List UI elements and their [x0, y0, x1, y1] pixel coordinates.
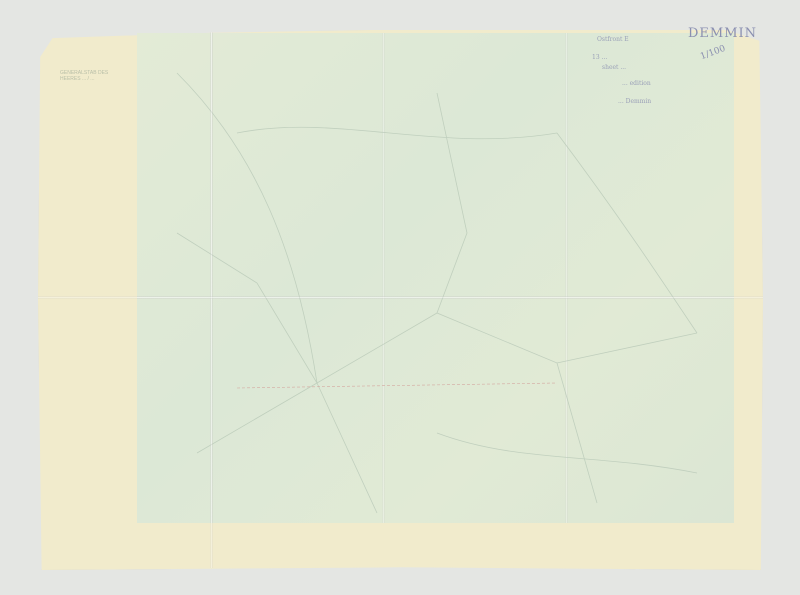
pencil-note: ... Demmin — [618, 98, 651, 105]
fold-line — [210, 32, 213, 568]
pencil-note: 13 ... — [592, 54, 607, 61]
fold-line — [38, 296, 763, 299]
pencil-note: sheet ... — [602, 64, 626, 71]
map-legend: GENERALSTAB DES HEERES ... / ... — [48, 60, 138, 490]
pencil-note: ... edition — [622, 80, 651, 87]
pencil-note: Ostfront E — [597, 36, 629, 43]
sheet-name: DEMMIN — [688, 26, 757, 41]
legend-title: GENERALSTAB DES HEERES ... / ... — [60, 70, 130, 82]
road-network — [137, 33, 734, 523]
